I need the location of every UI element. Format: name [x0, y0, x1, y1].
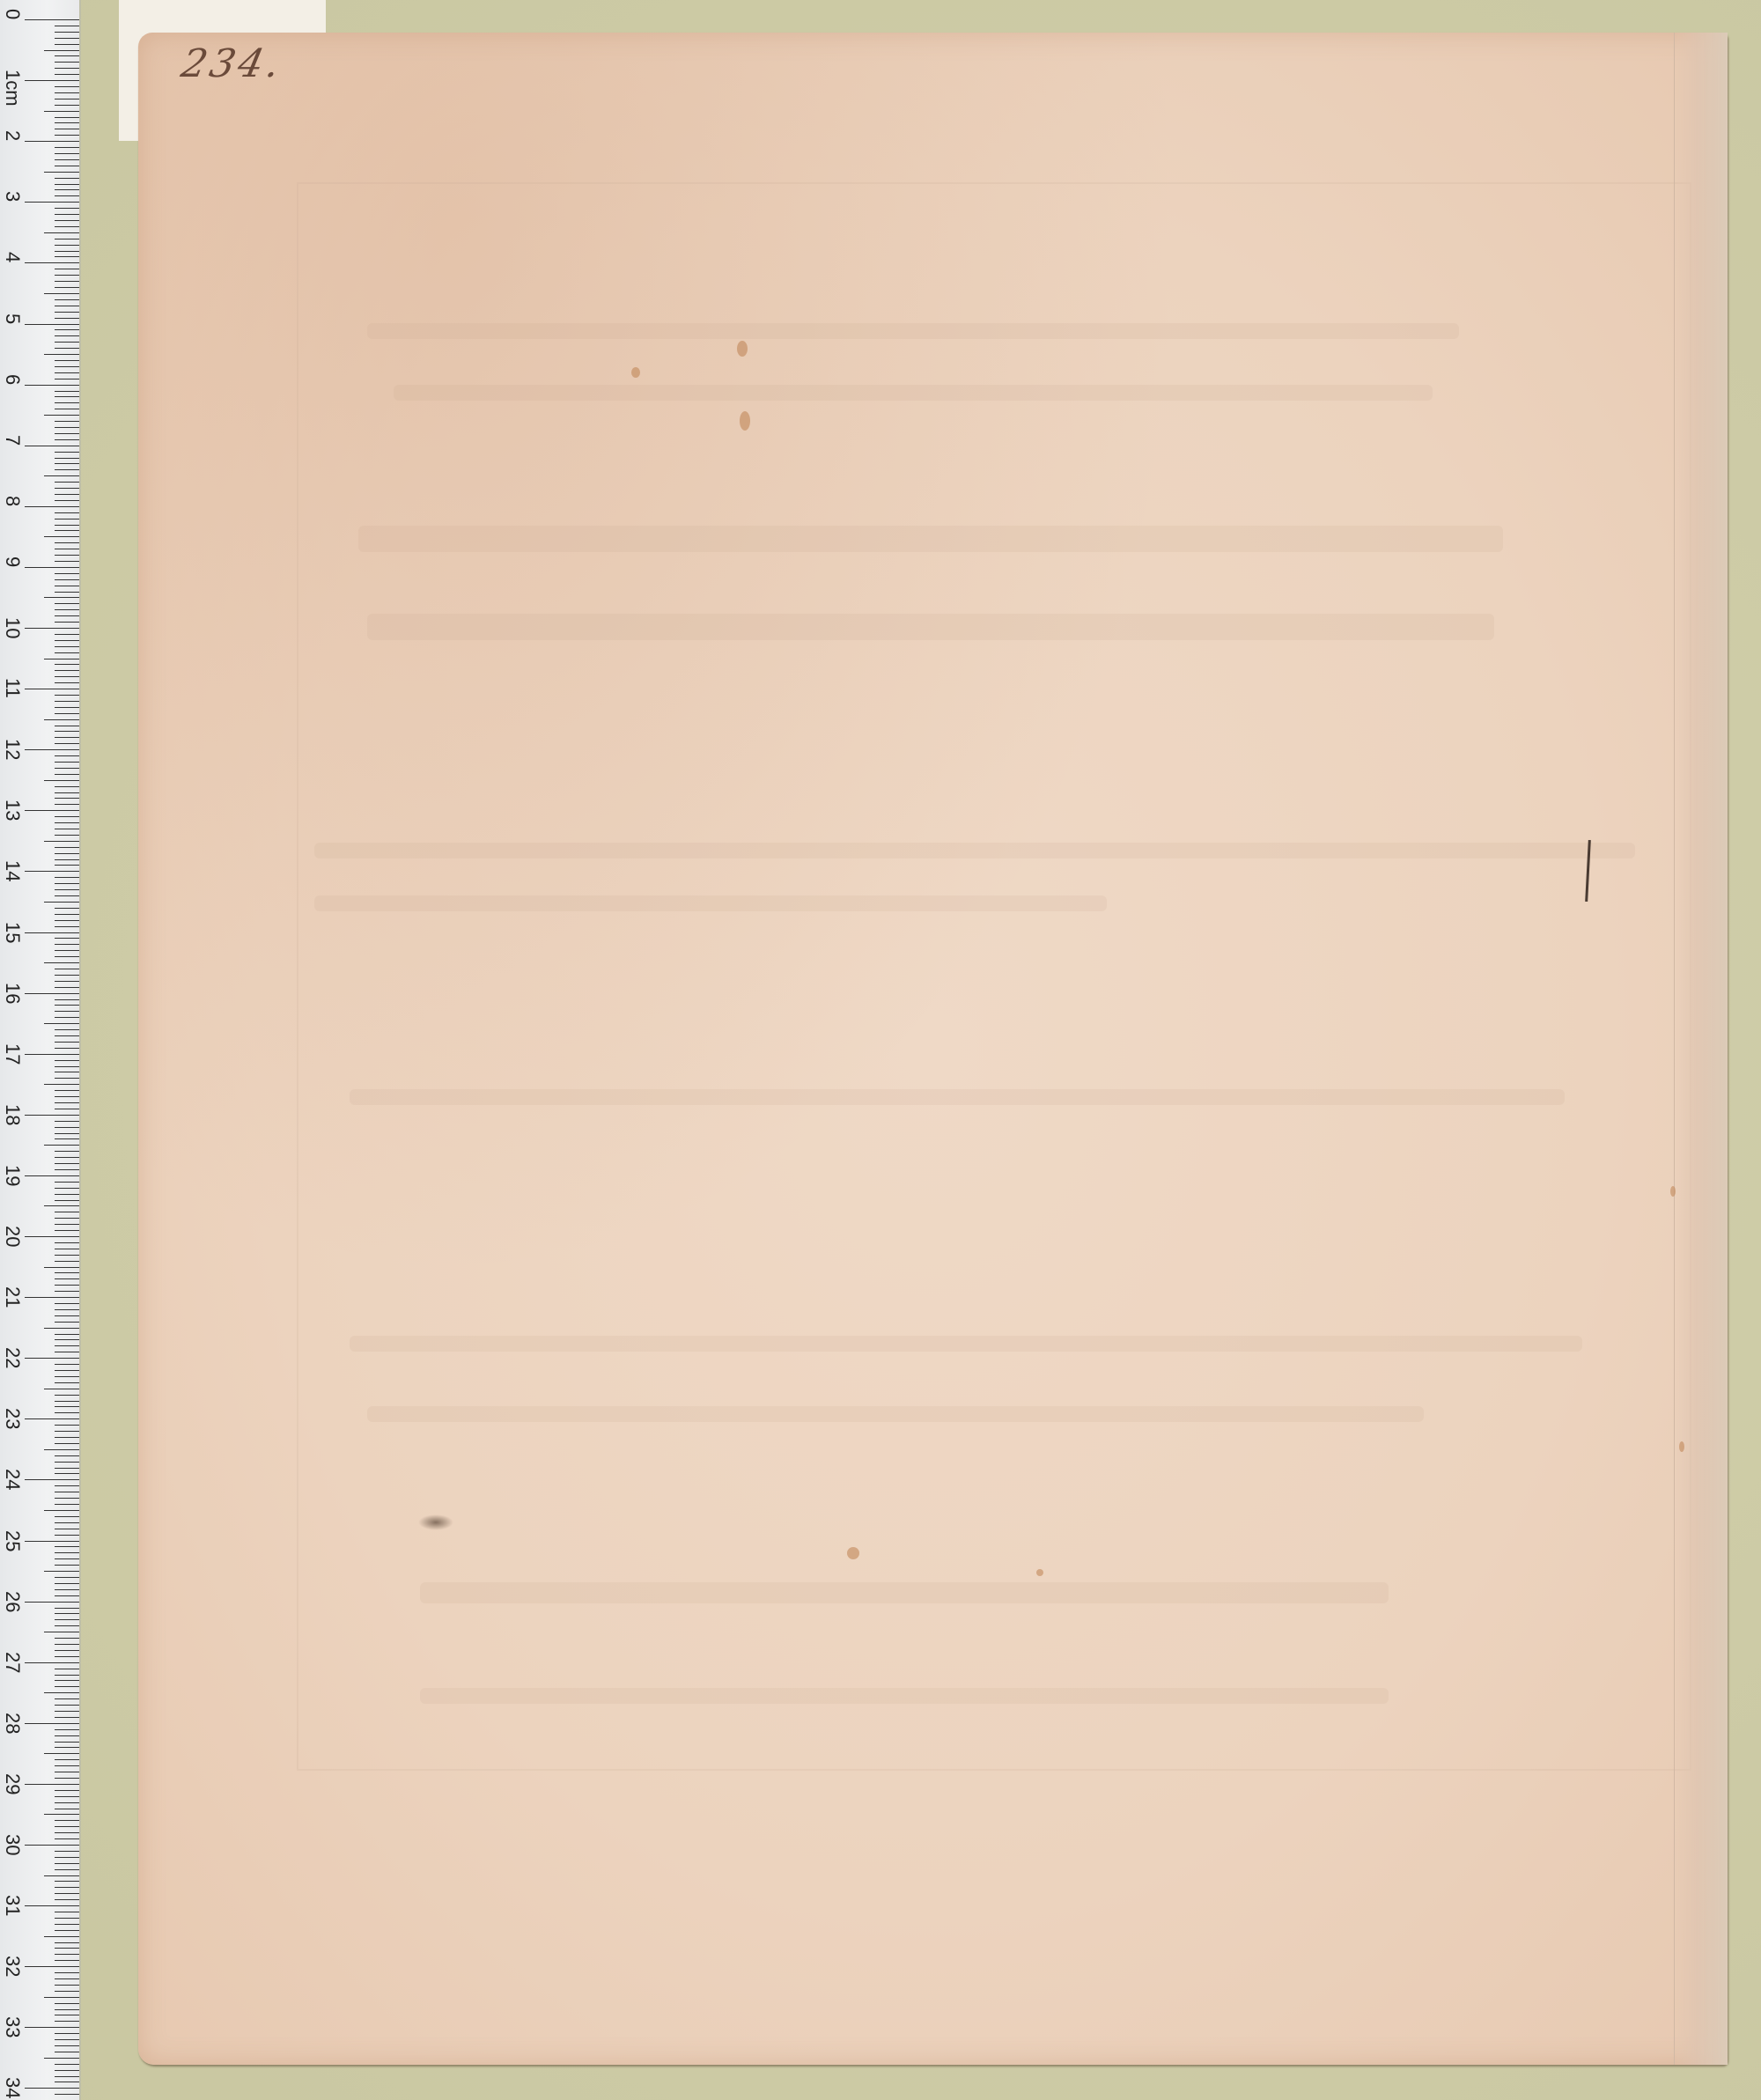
ruler-label: 7	[2, 435, 23, 456]
ruler-tick	[55, 1102, 79, 1103]
ruler-tick	[55, 975, 79, 976]
ruler-tick	[55, 1504, 79, 1505]
ruler-tick	[55, 926, 79, 927]
ruler-tick	[55, 1370, 79, 1371]
ruler-tick	[55, 1127, 79, 1128]
ruler-tick	[55, 299, 79, 300]
ruler-tick	[44, 1753, 79, 1754]
ruler-tick	[44, 597, 79, 598]
show-through-text	[314, 895, 1107, 911]
ruler-tick	[55, 482, 79, 483]
ruler-tick	[44, 780, 79, 781]
ruler-tick	[55, 1412, 79, 1413]
ruler-tick	[55, 1881, 79, 1882]
foxing-spot	[737, 341, 748, 357]
ruler-label: 2	[2, 130, 23, 151]
ruler-tick	[55, 409, 79, 409]
ruler-label: 11	[2, 678, 23, 699]
ruler-tick	[55, 1832, 79, 1833]
ruler-tick	[55, 579, 79, 580]
ruler-tick	[44, 2058, 79, 2059]
ruler-tick	[55, 1242, 79, 1243]
ruler-tick	[55, 1455, 79, 1456]
ruler-tick	[44, 50, 79, 51]
show-through-text	[367, 1406, 1424, 1422]
ruler-tick	[55, 829, 79, 829]
ruler-tick	[55, 1772, 79, 1772]
ruler-tick	[55, 1991, 79, 1992]
ruler-tick	[55, 1613, 79, 1614]
ruler-tick	[55, 920, 79, 921]
ruler-tick	[55, 561, 79, 562]
ruler-tick	[55, 117, 79, 118]
ruler-tick	[55, 1315, 79, 1316]
ruler-tick	[55, 372, 79, 373]
ruler-tick	[55, 488, 79, 489]
ruler-tick	[55, 707, 79, 708]
ruler-label: 1cm	[2, 70, 23, 91]
ruler-tick	[55, 452, 79, 453]
ruler-tick	[55, 402, 79, 403]
ruler-tick	[25, 2088, 79, 2089]
ruler-tick	[55, 1698, 79, 1699]
ruler-tick	[55, 1650, 79, 1651]
ruler-tick	[55, 379, 79, 379]
ruler-tick	[55, 530, 79, 531]
ruler-tick	[55, 2033, 79, 2034]
ruler-tick	[55, 682, 79, 683]
ruler-tick	[55, 835, 79, 836]
ruler-tick	[55, 1078, 79, 1079]
ruler-tick	[55, 1705, 79, 1706]
ruler-tick	[44, 659, 79, 659]
ruler-tick	[55, 847, 79, 848]
ruler-tick	[55, 1364, 79, 1365]
ruler-tick	[55, 622, 79, 623]
ruler-label: 6	[2, 374, 23, 395]
ruler-tick	[55, 634, 79, 635]
ruler-tick	[55, 220, 79, 221]
ruler-tick	[55, 312, 79, 313]
ruler-tick	[55, 1942, 79, 1943]
ruler-tick	[55, 1425, 79, 1426]
ruler-tick	[55, 153, 79, 154]
ruler-tick	[44, 1205, 79, 1206]
ruler-tick	[55, 609, 79, 610]
ruler-tick	[55, 366, 79, 367]
ruler-tick	[25, 1723, 79, 1724]
ruler-tick	[55, 713, 79, 714]
ruler-tick	[55, 2021, 79, 2022]
ruler-tick	[55, 726, 79, 726]
ruler-label: 17	[2, 1043, 23, 1065]
ruler-tick	[55, 1583, 79, 1584]
foxing-spot	[1679, 1441, 1684, 1452]
ruler-tick	[25, 1662, 79, 1663]
ruler-tick	[44, 232, 79, 233]
ruler-tick	[55, 251, 79, 252]
ruler-tick	[55, 1686, 79, 1687]
ruler-tick	[55, 500, 79, 501]
ruler-tick	[55, 1820, 79, 1821]
ruler-tick	[55, 74, 79, 75]
ruler-tick	[55, 908, 79, 909]
ruler-tick	[55, 439, 79, 440]
ruler-tick	[55, 342, 79, 343]
ruler-tick	[55, 147, 79, 148]
ruler-tick	[55, 1498, 79, 1499]
ruler-tick	[55, 433, 79, 434]
ruler-tick	[55, 2015, 79, 2015]
ruler-tick	[55, 1230, 79, 1231]
ruler-tick	[55, 542, 79, 543]
ruler-tick	[55, 938, 79, 939]
ruler-tick	[55, 999, 79, 1000]
ruler-tick	[55, 1285, 79, 1286]
ruler-tick	[55, 458, 79, 459]
show-through-plate-border	[297, 182, 1691, 1771]
ruler-tick	[25, 1602, 79, 1603]
ruler-tick	[55, 1869, 79, 1870]
show-through-text	[314, 843, 1635, 858]
ruler-tick	[55, 1899, 79, 1900]
ruler-tick	[55, 329, 79, 330]
ruler-label: 0	[2, 9, 23, 30]
ruler-tick	[55, 1546, 79, 1547]
ruler-tick	[55, 1759, 79, 1760]
ruler-tick	[55, 2003, 79, 2004]
ruler-tick	[55, 32, 79, 33]
ruler-tick	[55, 969, 79, 969]
ruler-tick	[55, 2070, 79, 2071]
measurement-ruler: 01cm234567891011121314151617181920212223…	[0, 0, 81, 2100]
foxing-spot	[1670, 1186, 1676, 1197]
ruler-label: 22	[2, 1347, 23, 1368]
ruler-tick	[55, 1468, 79, 1469]
foxing-spot	[631, 367, 640, 378]
ruler-tick	[55, 92, 79, 93]
ruler-tick	[55, 1711, 79, 1712]
ruler-tick	[55, 1809, 79, 1809]
ruler-tick	[25, 993, 79, 994]
ruler-tick	[55, 494, 79, 495]
ruler-tick	[55, 1912, 79, 1912]
ruler-tick	[55, 281, 79, 282]
ruler-tick	[55, 2082, 79, 2082]
ruler-tick	[55, 1577, 79, 1578]
show-through-text	[350, 1089, 1565, 1105]
ruler-label: 23	[2, 1408, 23, 1429]
ruler-tick	[55, 1887, 79, 1888]
ruler-tick	[55, 1625, 79, 1626]
ruler-tick	[55, 1042, 79, 1043]
ruler-tick	[25, 506, 79, 507]
ruler-tick	[55, 2009, 79, 2010]
ruler-tick	[44, 293, 79, 294]
ruler-tick	[25, 689, 79, 689]
ruler-tick	[55, 1462, 79, 1463]
ruler-tick	[55, 646, 79, 647]
foxing-spot	[1036, 1569, 1043, 1576]
ruler-label: 34	[2, 2077, 23, 2098]
ruler-tick	[55, 1516, 79, 1517]
ruler-tick	[55, 786, 79, 787]
ruler-tick	[55, 615, 79, 616]
ruler-label: 33	[2, 2016, 23, 2037]
ruler-tick	[55, 184, 79, 185]
ruler-tick	[55, 159, 79, 160]
ruler-tick	[55, 603, 79, 604]
ruler-tick	[55, 768, 79, 769]
ruler-tick	[55, 1382, 79, 1383]
ruler-tick	[55, 1680, 79, 1681]
ruler-tick	[55, 1778, 79, 1779]
ruler-tick	[55, 1401, 79, 1402]
ruler-tick	[55, 816, 79, 817]
ruler-tick	[55, 1802, 79, 1803]
ruler-tick	[25, 1541, 79, 1542]
ruler-tick	[55, 774, 79, 775]
ruler-tick	[55, 1930, 79, 1931]
ruler-tick	[55, 701, 79, 702]
ruler-tick	[25, 1966, 79, 1967]
ruler-label: 3	[2, 191, 23, 212]
ruler-tick	[55, 670, 79, 671]
ruler-tick	[44, 1814, 79, 1815]
ruler-tick	[25, 1175, 79, 1176]
ruler-tick	[55, 1765, 79, 1766]
ruler-tick	[55, 762, 79, 763]
ruler-tick	[44, 1997, 79, 1998]
ruler-tick	[55, 1272, 79, 1273]
ruler-tick	[55, 129, 79, 129]
ruler-tick	[55, 1322, 79, 1323]
ruler-tick	[55, 318, 79, 319]
ruler-tick	[55, 950, 79, 951]
ruler-tick	[55, 2094, 79, 2095]
ruler-label: 26	[2, 1591, 23, 1612]
ruler-tick	[55, 792, 79, 793]
ruler-tick	[55, 1200, 79, 1201]
ruler-tick	[55, 1121, 79, 1122]
ruler-tick	[25, 749, 79, 750]
ruler-label: 15	[2, 922, 23, 943]
ruler-tick	[44, 902, 79, 903]
ruler-tick	[25, 202, 79, 203]
ruler-label: 25	[2, 1530, 23, 1551]
ruler-tick	[55, 1851, 79, 1852]
ruler-tick	[55, 1535, 79, 1536]
ruler-tick	[55, 1443, 79, 1444]
ruler-tick	[25, 1784, 79, 1785]
ruler-tick	[55, 755, 79, 756]
ruler-tick	[55, 1960, 79, 1961]
show-through-text	[394, 385, 1433, 401]
ruler-tick	[55, 427, 79, 428]
ruler-tick	[55, 1431, 79, 1432]
ruler-tick	[55, 1644, 79, 1645]
ruler-tick	[55, 1473, 79, 1474]
ruler-tick	[55, 1948, 79, 1949]
ruler-label: 14	[2, 860, 23, 881]
show-through-text	[420, 1688, 1389, 1704]
ruler-tick	[55, 1565, 79, 1566]
ruler-tick	[55, 1182, 79, 1183]
show-through-text	[367, 614, 1494, 640]
ruler-tick	[55, 1656, 79, 1657]
ruler-label: 8	[2, 496, 23, 517]
ruler-tick	[55, 1188, 79, 1189]
ruler-tick	[55, 287, 79, 288]
ruler-tick	[55, 1291, 79, 1292]
ruler-tick	[55, 731, 79, 732]
ruler-tick	[44, 1023, 79, 1024]
ruler-tick	[55, 38, 79, 39]
ruler-label: 20	[2, 1226, 23, 1247]
ruler-tick	[55, 189, 79, 190]
ruler-tick	[55, 987, 79, 988]
ruler-tick	[55, 306, 79, 306]
ruler-tick	[55, 360, 79, 361]
ruler-tick	[25, 324, 79, 325]
ruler-label: 30	[2, 1834, 23, 1855]
ruler-tick	[55, 245, 79, 246]
ruler-tick	[55, 592, 79, 593]
ruler-tick	[55, 676, 79, 677]
ruler-tick	[55, 1157, 79, 1158]
ruler-tick	[55, 1406, 79, 1407]
foxing-spot	[847, 1547, 859, 1559]
ruler-tick	[25, 1905, 79, 1906]
ruler-label: 24	[2, 1469, 23, 1490]
ruler-tick	[55, 1278, 79, 1279]
ruler-label: 28	[2, 1713, 23, 1734]
ruler-tick	[55, 1735, 79, 1736]
ruler-tick	[55, 1978, 79, 1979]
ruler-tick	[55, 1790, 79, 1791]
ruler-tick	[55, 1224, 79, 1225]
ruler-tick	[55, 914, 79, 915]
ruler-tick	[55, 1133, 79, 1134]
ruler-tick	[55, 99, 79, 99]
ruler-tick	[55, 883, 79, 884]
foxing-spot	[740, 411, 750, 431]
ruler-tick	[25, 1054, 79, 1055]
ruler-tick	[55, 1924, 79, 1925]
ruler-tick	[55, 889, 79, 890]
ruler-label: 5	[2, 313, 23, 335]
ruler-tick	[55, 62, 79, 63]
ruler-tick	[55, 1090, 79, 1091]
ruler-tick	[55, 396, 79, 397]
ruler-tick	[55, 135, 79, 136]
ruler-tick	[25, 446, 79, 446]
ruler-tick	[55, 122, 79, 123]
ruler-tick	[55, 239, 79, 239]
ruler-tick	[55, 640, 79, 641]
ruler-tick	[25, 1479, 79, 1480]
ruler-tick	[55, 105, 79, 106]
ruler-tick	[25, 1297, 79, 1298]
ruler-tick	[44, 1571, 79, 1572]
ruler-label: 12	[2, 739, 23, 760]
ink-smudge	[418, 1514, 453, 1530]
ruler-tick	[55, 1255, 79, 1256]
ruler-tick	[44, 1328, 79, 1329]
ruler-tick	[55, 1212, 79, 1212]
ruler-tick	[55, 1747, 79, 1748]
ruler-label: 27	[2, 1652, 23, 1673]
ruler-tick	[55, 944, 79, 945]
ruler-tick	[55, 1109, 79, 1109]
ruler-label: 29	[2, 1773, 23, 1794]
ruler-tick	[55, 195, 79, 196]
ruler-tick	[55, 1675, 79, 1676]
ruler-tick	[55, 737, 79, 738]
ruler-tick	[44, 1692, 79, 1693]
ruler-tick	[55, 1163, 79, 1164]
ruler-tick	[55, 1060, 79, 1061]
ruler-tick	[55, 549, 79, 549]
ruler-tick	[55, 86, 79, 87]
ruler-tick	[55, 2076, 79, 2077]
ruler-tick	[55, 981, 79, 982]
ruler-tick	[25, 628, 79, 629]
ruler-tick	[55, 1345, 79, 1346]
ruler-tick	[55, 1558, 79, 1559]
ruler-tick	[55, 1742, 79, 1743]
ruler-tick	[55, 1608, 79, 1609]
ruler-tick	[55, 166, 79, 166]
ruler-tick	[55, 555, 79, 556]
ruler-tick	[25, 141, 79, 142]
ruler-tick	[55, 2064, 79, 2065]
show-through-text	[367, 323, 1459, 339]
ruler-label: 9	[2, 556, 23, 578]
ruler-tick	[55, 348, 79, 349]
ruler-tick	[55, 573, 79, 574]
ruler-tick	[55, 1529, 79, 1529]
ruler-tick	[44, 1267, 79, 1268]
ruler-tick	[55, 519, 79, 519]
ruler-tick	[55, 208, 79, 209]
ruler-label: 21	[2, 1286, 23, 1308]
ruler-tick	[55, 695, 79, 696]
ruler-tick	[25, 871, 79, 872]
ruler-tick	[55, 1376, 79, 1377]
ruler-tick	[55, 226, 79, 227]
ruler-tick	[55, 1035, 79, 1036]
ruler-tick	[55, 1334, 79, 1335]
ruler-tick	[55, 1249, 79, 1249]
ruler-tick	[25, 80, 79, 81]
ruler-tick	[55, 1395, 79, 1396]
ruler-tick	[55, 1589, 79, 1590]
ruler-tick	[55, 586, 79, 586]
ruler-tick	[44, 111, 79, 112]
ruler-label: 31	[2, 1895, 23, 1916]
ruler-tick	[55, 335, 79, 336]
ruler-tick	[25, 1845, 79, 1846]
ruler-tick	[55, 865, 79, 866]
ruler-tick	[55, 1309, 79, 1310]
ruler-tick	[55, 1066, 79, 1067]
ruler-tick	[25, 19, 79, 20]
ruler-tick	[55, 798, 79, 799]
ruler-label: 4	[2, 252, 23, 273]
ruler-tick	[44, 719, 79, 720]
ruler-tick	[55, 1485, 79, 1486]
